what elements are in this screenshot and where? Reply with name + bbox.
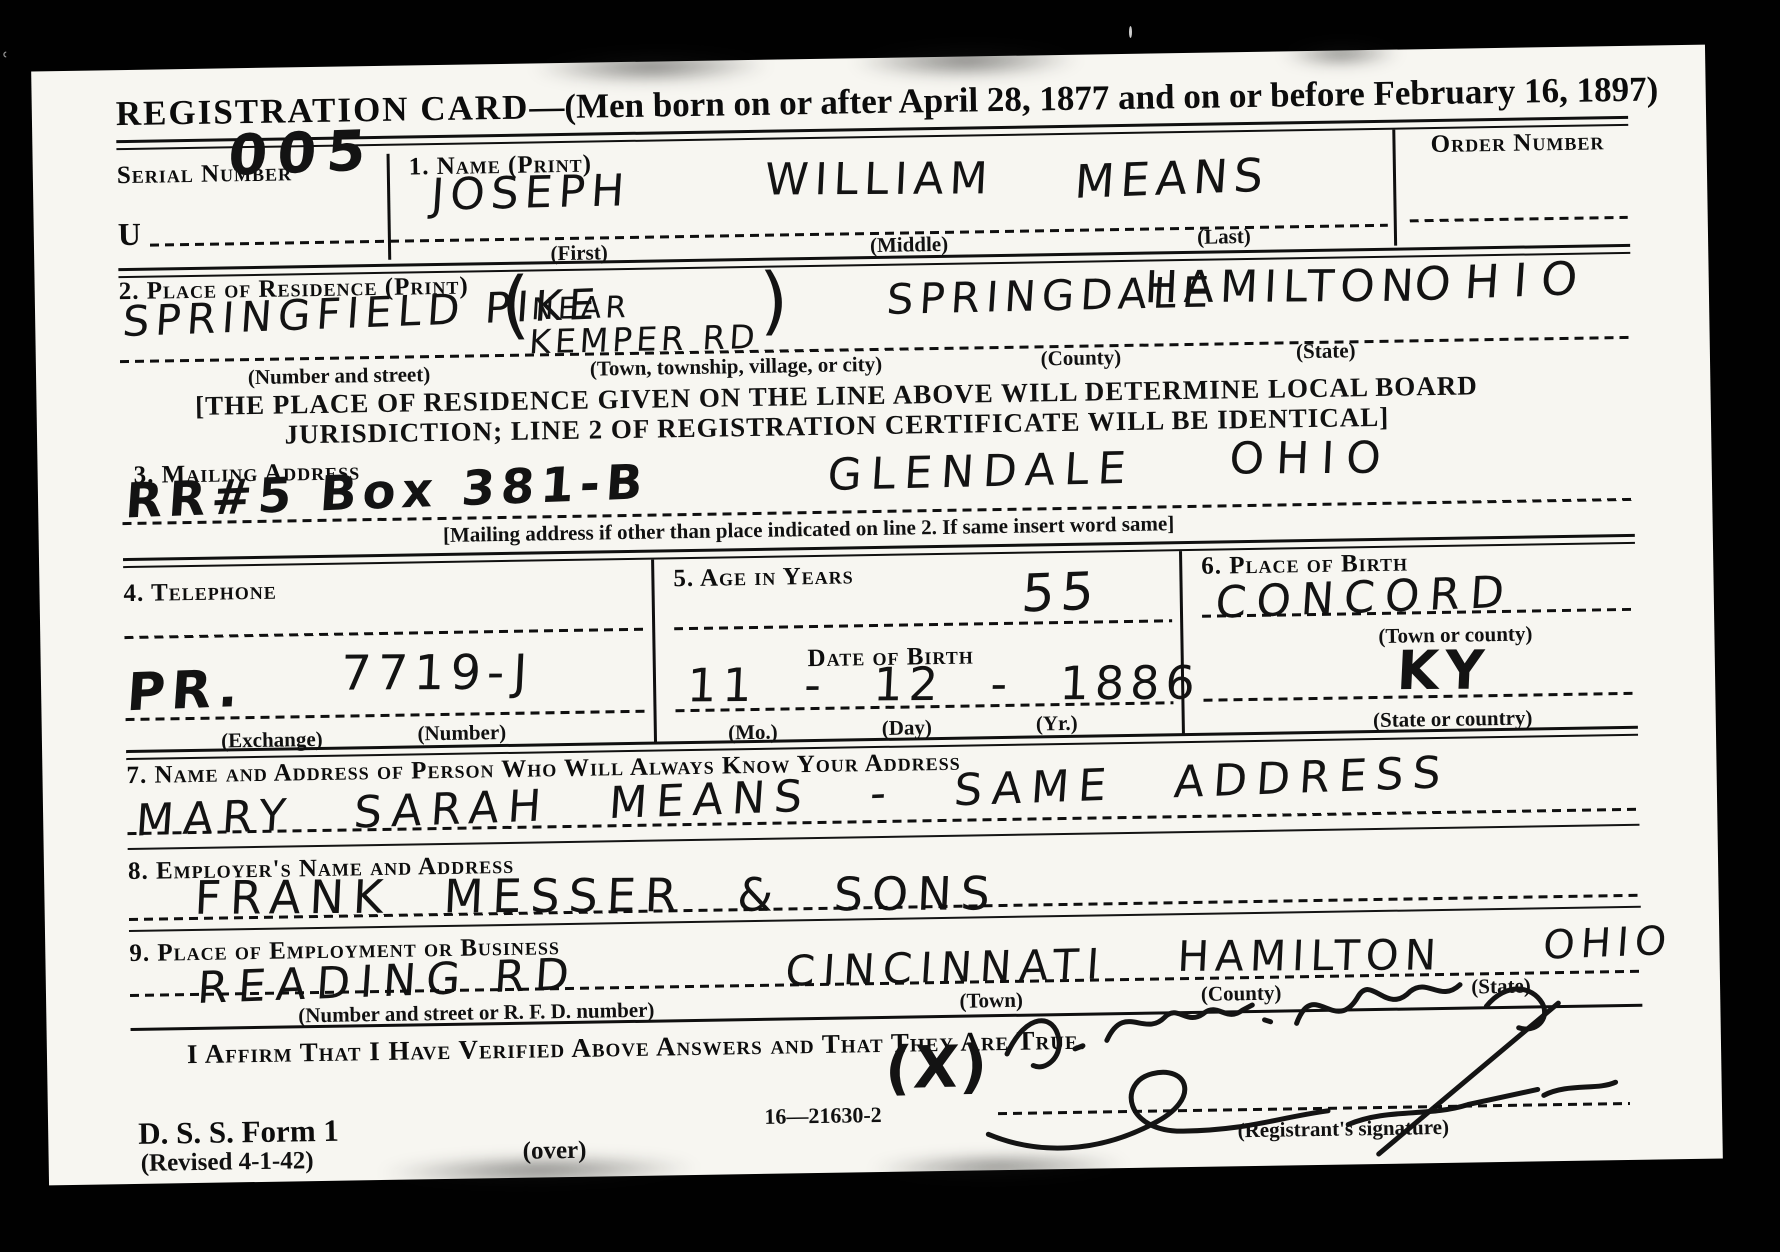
year-caption: (Yr.) <box>1002 710 1112 737</box>
telephone-label: 4. Telephone <box>123 578 277 608</box>
serial-number-value: 005 <box>226 118 378 189</box>
birth-state-value: KY <box>1396 639 1492 703</box>
employment-state-value: OHIO <box>1542 918 1674 969</box>
serial-u-prefix: U <box>117 216 141 253</box>
order-number-label: Order Number <box>1406 128 1628 160</box>
scan-smudge <box>851 41 1082 81</box>
last-caption: (Last) <box>1139 223 1309 251</box>
order-number-dotted-line <box>1410 216 1628 222</box>
brace-close: ) <box>759 257 789 343</box>
scan-mark: ˓ <box>2 44 9 69</box>
telephone-exchange-value: PR. <box>125 659 246 723</box>
mailing-state-value: OHIO <box>1228 433 1394 485</box>
form-number: D. S. S. Form 1 <box>138 1113 339 1152</box>
residence-street-caption: (Number and street) <box>224 362 454 391</box>
serial-divider-line <box>387 154 392 260</box>
registration-card-paper: REGISTRATION CARD—(Men born on or after … <box>31 45 1723 1186</box>
scan-smudge <box>531 48 772 86</box>
telephone-upper-dotted-line <box>124 628 644 639</box>
scan-smudge <box>1281 40 1401 68</box>
column-divider-telephone-age <box>651 560 657 744</box>
age-label: 5. Age in Years <box>673 562 854 593</box>
print-code: 16—21630-2 <box>748 1102 898 1130</box>
scanned-draft-card: ˓ REGISTRATION CARD—(Men born on or afte… <box>0 0 1780 1252</box>
residence-county-caption: (County) <box>1016 345 1146 372</box>
residence-state-caption: (State) <box>1266 338 1386 365</box>
residence-state-value: OHIO <box>1413 251 1594 312</box>
form-revision: (Revised 4-1-42) <box>140 1146 360 1178</box>
registrant-signature-caption: (Registrant's signature) <box>1178 1114 1508 1144</box>
age-value: 55 <box>1020 562 1102 625</box>
age-dotted-line <box>674 619 1172 630</box>
mailing-town-value: GLENDALE <box>826 443 1136 501</box>
residence-brace-group: (NEARKEMPER RD) <box>500 257 789 357</box>
telephone-number-value: 7719-J <box>340 645 535 702</box>
name-middle-value: WILLIAM <box>764 153 995 205</box>
brace-open: ( <box>500 262 530 348</box>
residence-county-value: HAMILTON <box>1144 261 1421 314</box>
residence-brace-lines: NEARKEMPER RD <box>528 290 762 358</box>
residence-town-caption: (Town, township, village, or city) <box>556 351 916 382</box>
name-first-value: JOSEPH <box>430 165 632 221</box>
birth-town-value: CONCORD <box>1214 567 1516 629</box>
scan-speck <box>1129 26 1132 38</box>
registrant-signature-scrawl <box>946 974 1649 1175</box>
over-caption: (over) <box>494 1136 614 1166</box>
name-last-value: MEANS <box>1073 148 1271 209</box>
order-number-divider-line <box>1392 130 1397 246</box>
